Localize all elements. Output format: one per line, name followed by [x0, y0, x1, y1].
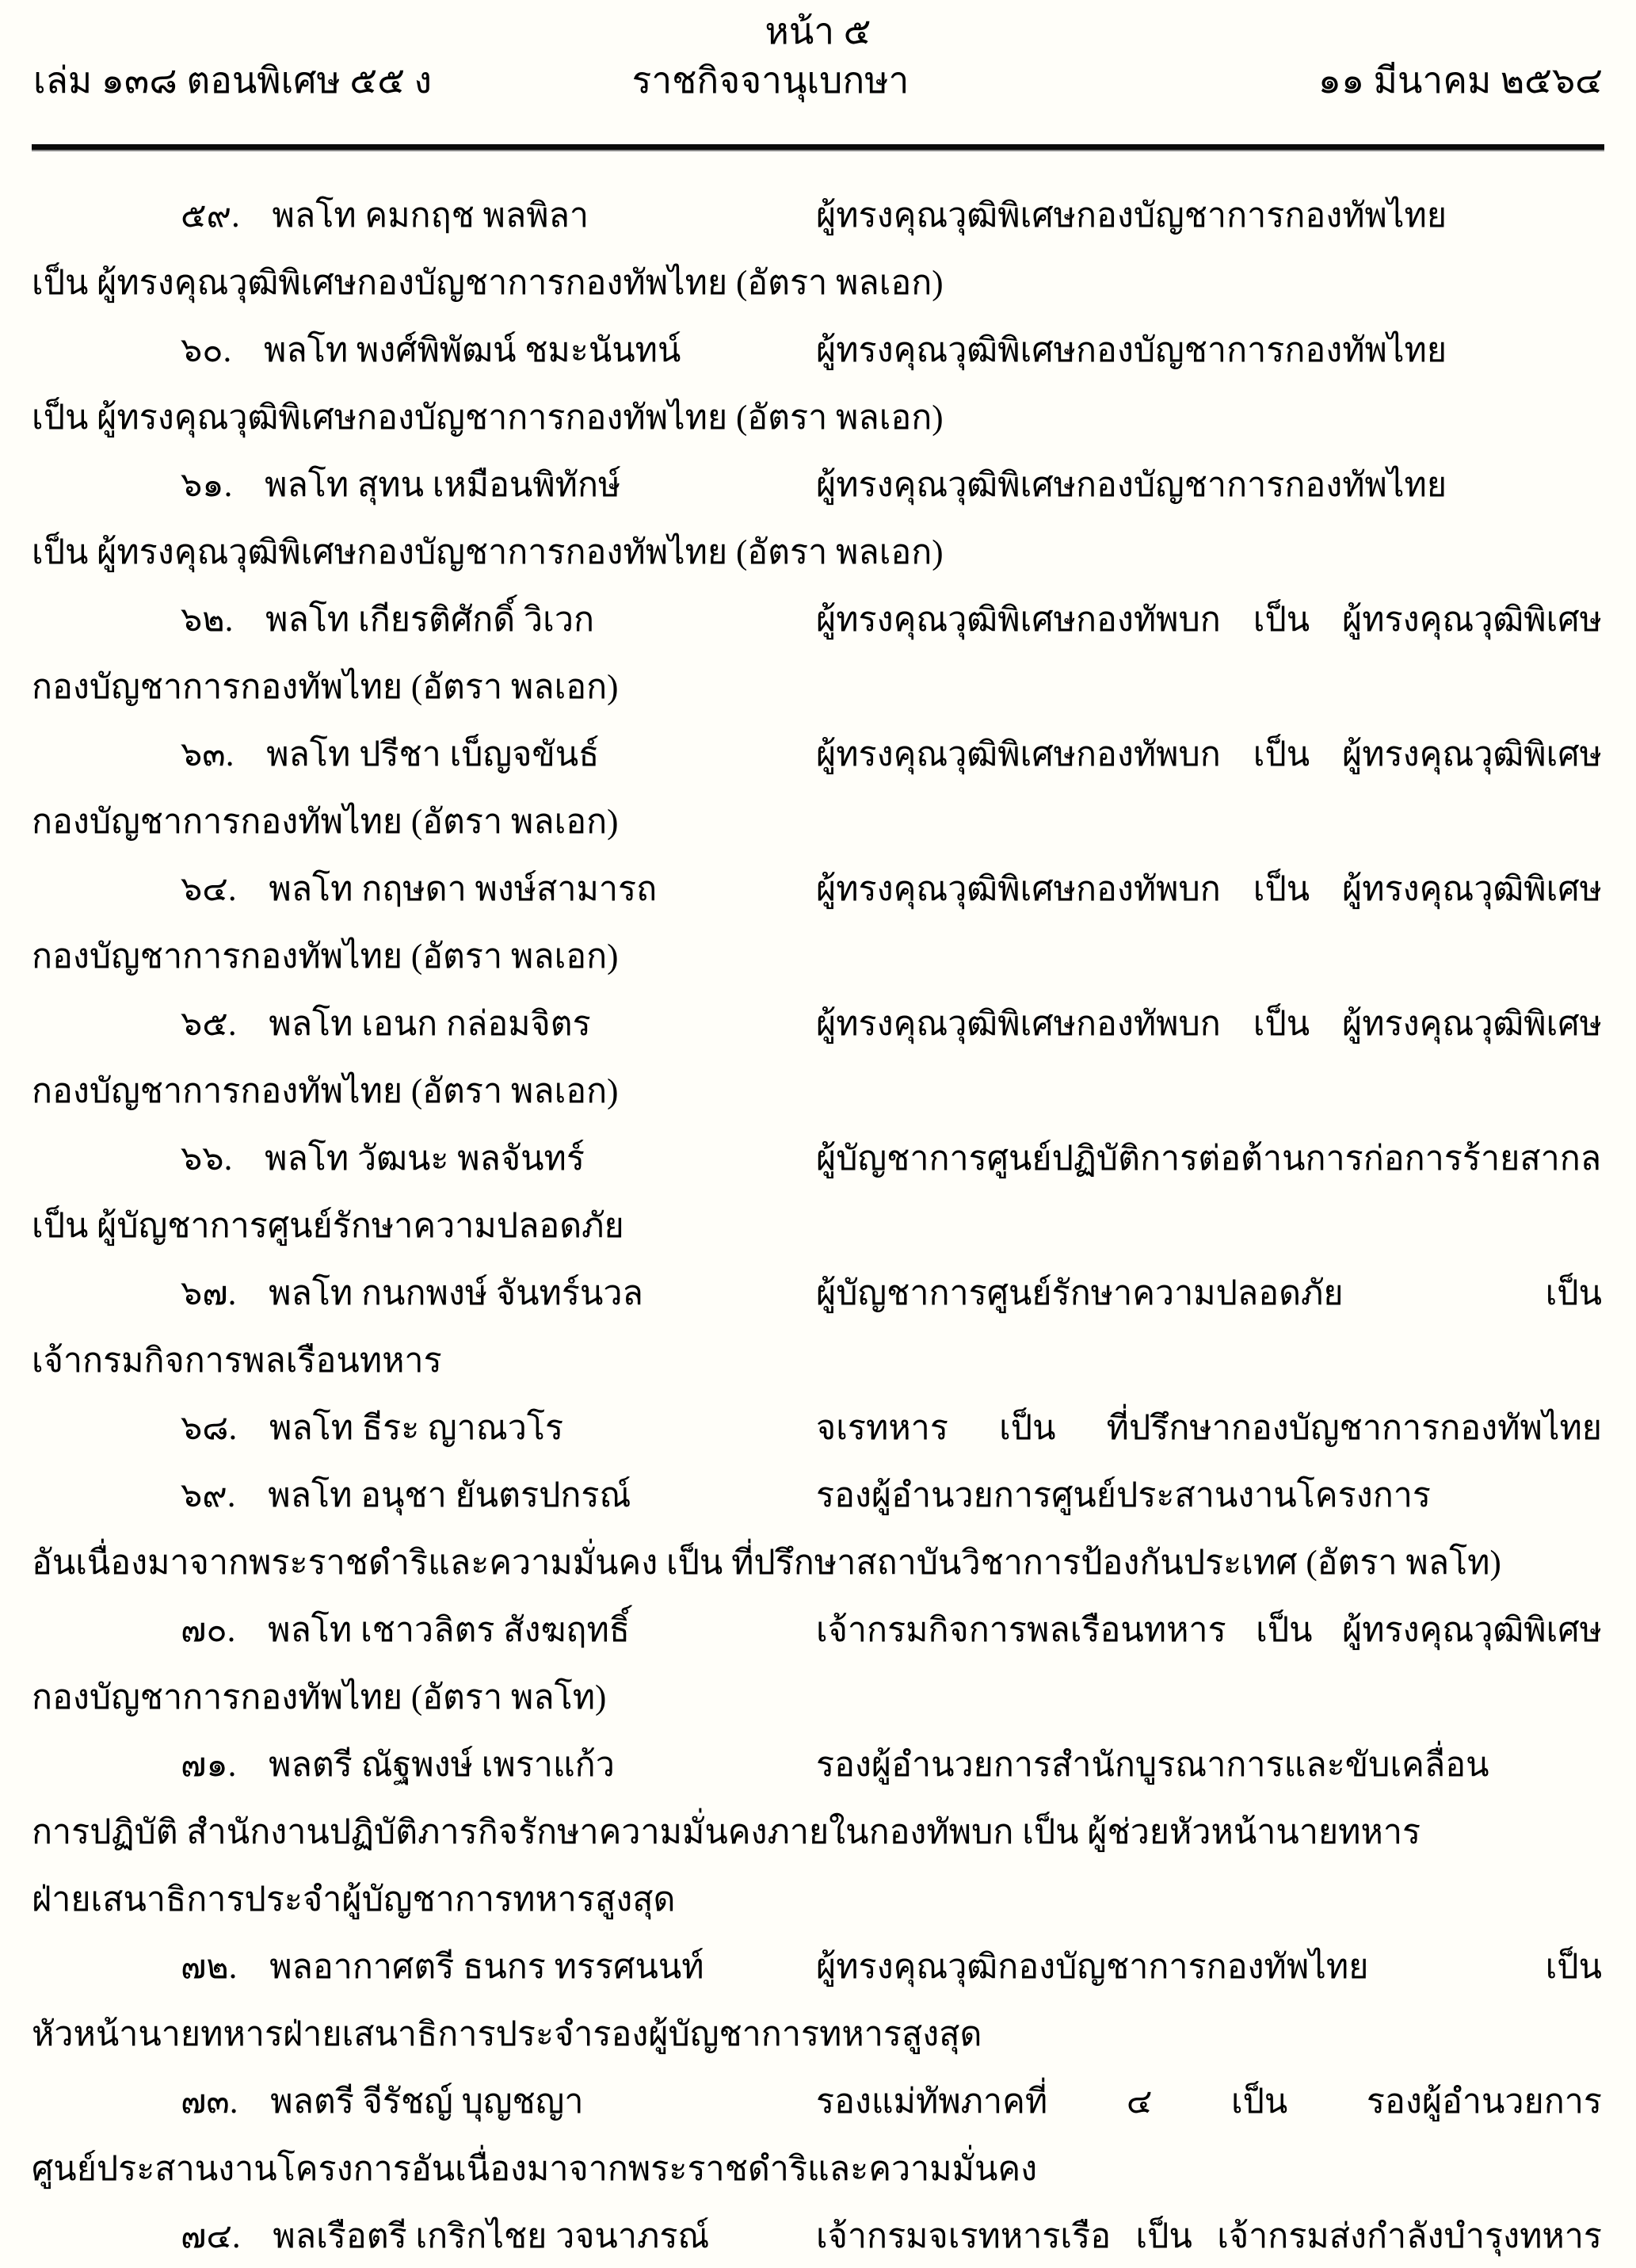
position-text: ผู้ทรงคุณวุฒิกองบัญชาการกองทัพไทย เป็น: [816, 1934, 1602, 2001]
entry-number: ๗๐.: [181, 1597, 235, 1664]
entry-continuation-line: เป็น ผู้ทรงคุณวุฒิพิเศษกองบัญชาการกองทัพ…: [0, 519, 1636, 586]
entry-number: ๖๖.: [181, 1125, 232, 1193]
entry-continuation-line: เจ้ากรมกิจการพลเรือนทหาร: [0, 1327, 1636, 1395]
entry-first-line: ๗๔. พลเรือตรี เกริกไชย วจนาภรณ์ เจ้ากรมจ…: [0, 2203, 1636, 2268]
appointment-entry: ๗๒. พลอากาศตรี ธนกร ทรรศนนท์ ผู้ทรงคุณวุ…: [0, 1934, 1636, 2068]
entry-first-line: ๖๔. พลโท กฤษดา พงษ์สามารถ ผู้ทรงคุณวุฒิพ…: [0, 856, 1636, 923]
entry-number: ๖๗.: [181, 1260, 236, 1327]
position-text: ผู้ทรงคุณวุฒิพิเศษกองบัญชาการกองทัพไทย: [816, 452, 1602, 519]
officer-name: พลโท กนกพงษ์ จันทร์นวล: [269, 1260, 643, 1327]
position-text: ผู้ทรงคุณวุฒิพิเศษกองทัพบก เป็น ผู้ทรงคุ…: [816, 991, 1602, 1058]
entry-number: ๖๐.: [181, 317, 231, 384]
appointment-entry: ๖๔. พลโท กฤษดา พงษ์สามารถ ผู้ทรงคุณวุฒิพ…: [0, 856, 1636, 991]
gazette-title: ราชกิจจานุเบกษา: [33, 57, 1508, 105]
entry-continuation-line: กองบัญชาการกองทัพไทย (อัตรา พลเอก): [0, 654, 1636, 721]
position-text: ผู้ทรงคุณวุฒิพิเศษกองบัญชาการกองทัพไทย: [816, 182, 1602, 250]
position-text: ผู้บัญชาการศูนย์ปฏิบัติการต่อต้านการก่อก…: [816, 1125, 1602, 1193]
entry-first-line: ๗๓. พลตรี จีรัชญ์ บุญชญา รองแม่ทัพภาคที่…: [0, 2068, 1636, 2136]
entry-number: ๖๕.: [181, 991, 237, 1058]
publication-date: ๑๑ มีนาคม ๒๕๖๔: [1318, 57, 1603, 105]
entry-number: ๕๙.: [181, 182, 240, 250]
entry-number: ๗๑.: [181, 1732, 236, 1799]
officer-name: พลโท เอนก กล่อมจิตร: [269, 991, 590, 1058]
position-text: รองผู้อำนวยการศูนย์ประสานงานโครงการ: [816, 1462, 1602, 1529]
position-text: ผู้บัญชาการศูนย์รักษาความปลอดภัย เป็น: [816, 1260, 1602, 1327]
entry-first-line: ๖๘. พลโท ธีระ ญาณวโร จเรทหาร เป็น ที่ปรึ…: [0, 1395, 1636, 1462]
appointment-entry: ๕๙. พลโท คมกฤช พลพิลา ผู้ทรงคุณวุฒิพิเศษ…: [0, 182, 1636, 317]
appointment-entry: ๖๓. พลโท ปรีชา เบ็ญจขันธ์ ผู้ทรงคุณวุฒิพ…: [0, 721, 1636, 856]
position-text: ผู้ทรงคุณวุฒิพิเศษกองทัพบก เป็น ผู้ทรงคุ…: [816, 856, 1602, 923]
officer-name: พลโท วัฒนะ พลจันทร์: [265, 1125, 585, 1193]
entry-first-line: ๗๒. พลอากาศตรี ธนกร ทรรศนนท์ ผู้ทรงคุณวุ…: [0, 1934, 1636, 2001]
entry-number: ๖๘.: [181, 1395, 237, 1462]
entry-first-line: ๖๙. พลโท อนุชา ยันตรปกรณ์ รองผู้อำนวยการ…: [0, 1462, 1636, 1529]
appointment-entry: ๗๓. พลตรี จีรัชญ์ บุญชญา รองแม่ทัพภาคที่…: [0, 2068, 1636, 2203]
entry-first-line: ๗๑. พลตรี ณัฐพงษ์ เพราแก้ว รองผู้อำนวยกา…: [0, 1732, 1636, 1799]
entry-number: ๗๔.: [181, 2203, 241, 2268]
appointment-entry: ๖๕. พลโท เอนก กล่อมจิตร ผู้ทรงคุณวุฒิพิเ…: [0, 991, 1636, 1125]
position-text: ผู้ทรงคุณวุฒิพิเศษกองบัญชาการกองทัพไทย: [816, 317, 1602, 384]
position-text: จเรทหาร เป็น ที่ปรึกษากองบัญชาการกองทัพไ…: [816, 1395, 1602, 1462]
officer-name: พลเรือตรี เกริกไชย วจนาภรณ์: [273, 2203, 709, 2268]
appointment-entry: ๗๑. พลตรี ณัฐพงษ์ เพราแก้ว รองผู้อำนวยกา…: [0, 1732, 1636, 1934]
entry-number: ๖๔.: [181, 856, 237, 923]
entry-first-line: ๖๗. พลโท กนกพงษ์ จันทร์นวล ผู้บัญชาการศู…: [0, 1260, 1636, 1327]
officer-name: พลโท เกียรติศักดิ์ วิเวก: [265, 586, 594, 654]
entry-first-line: ๖๓. พลโท ปรีชา เบ็ญจขันธ์ ผู้ทรงคุณวุฒิพ…: [0, 721, 1636, 788]
entry-number: ๖๙.: [181, 1462, 236, 1529]
entry-first-line: ๖๖. พลโท วัฒนะ พลจันทร์ ผู้บัญชาการศูนย์…: [0, 1125, 1636, 1193]
entry-continuation-line: กองบัญชาการกองทัพไทย (อัตรา พลเอก): [0, 1058, 1636, 1125]
entry-first-line: ๖๑. พลโท สุทน เหมือนพิทักษ์ ผู้ทรงคุณวุฒ…: [0, 452, 1636, 519]
officer-name: พลโท พงศ์พิพัฒน์ ชมะนันทน์: [264, 317, 681, 384]
officer-name: พลโท อนุชา ยันตรปกรณ์: [268, 1462, 631, 1529]
appointment-entry: ๖๖. พลโท วัฒนะ พลจันทร์ ผู้บัญชาการศูนย์…: [0, 1125, 1636, 1260]
entry-first-line: ๖๒. พลโท เกียรติศักดิ์ วิเวก ผู้ทรงคุณวุ…: [0, 586, 1636, 654]
entry-continuation-line: เป็น ผู้ทรงคุณวุฒิพิเศษกองบัญชาการกองทัพ…: [0, 384, 1636, 452]
entry-first-line: ๕๙. พลโท คมกฤช พลพิลา ผู้ทรงคุณวุฒิพิเศษ…: [0, 182, 1636, 250]
officer-name: พลตรี ณัฐพงษ์ เพราแก้ว: [269, 1732, 615, 1799]
entry-first-line: ๖๐. พลโท พงศ์พิพัฒน์ ชมะนันทน์ ผู้ทรงคุณ…: [0, 317, 1636, 384]
position-text: ผู้ทรงคุณวุฒิพิเศษกองทัพบก เป็น ผู้ทรงคุ…: [816, 586, 1602, 654]
entry-continuation-line: กองบัญชาการกองทัพไทย (อัตรา พลเอก): [0, 788, 1636, 856]
gazette-page: หน้า ๕ เล่ม ๑๓๘ ตอนพิเศษ ๕๕ ง ราชกิจจานุ…: [0, 0, 1636, 2268]
entry-continuation-line: เป็น ผู้ทรงคุณวุฒิพิเศษกองบัญชาการกองทัพ…: [0, 250, 1636, 317]
position-text: ผู้ทรงคุณวุฒิพิเศษกองทัพบก เป็น ผู้ทรงคุ…: [816, 721, 1602, 788]
appointment-entry: ๗๐. พลโท เชาวลิตร สังฆฤทธิ์ เจ้ากรมกิจกา…: [0, 1597, 1636, 1732]
officer-name: พลโท ปรีชา เบ็ญจขันธ์: [266, 721, 599, 788]
page-number-label: หน้า ๕: [0, 8, 1636, 55]
position-text: เจ้ากรมกิจการพลเรือนทหาร เป็น ผู้ทรงคุณว…: [816, 1597, 1602, 1664]
entry-continuation-line: กองบัญชาการกองทัพไทย (อัตรา พลเอก): [0, 923, 1636, 991]
appointment-entry: ๗๔. พลเรือตรี เกริกไชย วจนาภรณ์ เจ้ากรมจ…: [0, 2203, 1636, 2268]
position-text: รองผู้อำนวยการสำนักบูรณาการและขับเคลื่อน: [816, 1732, 1602, 1799]
entry-first-line: ๗๐. พลโท เชาวลิตร สังฆฤทธิ์ เจ้ากรมกิจกา…: [0, 1597, 1636, 1664]
entry-continuation-line: ศูนย์ประสานงานโครงการอันเนื่องมาจากพระรา…: [0, 2136, 1636, 2203]
entry-continuation-line: การปฏิบัติ สำนักงานปฏิบัติภารกิจรักษาควา…: [0, 1799, 1636, 1866]
officer-name: พลตรี จีรัชญ์ บุญชญา: [270, 2068, 583, 2136]
header-divider-rule: [32, 144, 1604, 151]
entry-first-line: ๖๕. พลโท เอนก กล่อมจิตร ผู้ทรงคุณวุฒิพิเ…: [0, 991, 1636, 1058]
entries: ๕๙. พลโท คมกฤช พลพิลา ผู้ทรงคุณวุฒิพิเศษ…: [0, 182, 1636, 2268]
entry-continuation-line: หัวหน้านายทหารฝ่ายเสนาธิการประจำรองผู้บั…: [0, 2001, 1636, 2068]
appointment-entry: ๖๘. พลโท ธีระ ญาณวโร จเรทหาร เป็น ที่ปรึ…: [0, 1395, 1636, 1462]
appointment-entry: ๖๗. พลโท กนกพงษ์ จันทร์นวล ผู้บัญชาการศู…: [0, 1260, 1636, 1395]
officer-name: พลโท คมกฤช พลพิลา: [273, 182, 589, 250]
officer-name: พลโท สุทน เหมือนพิทักษ์: [265, 452, 620, 519]
entry-number: ๖๒.: [181, 586, 233, 654]
entry-continuation-line: เป็น ผู้บัญชาการศูนย์รักษาความปลอดภัย: [0, 1193, 1636, 1260]
entry-number: ๖๑.: [181, 452, 232, 519]
entry-number: ๗๓.: [181, 2068, 238, 2136]
entry-number: ๗๒.: [181, 1934, 237, 2001]
appointment-entry: ๖๑. พลโท สุทน เหมือนพิทักษ์ ผู้ทรงคุณวุฒ…: [0, 452, 1636, 586]
header-meta-row: เล่ม ๑๓๘ ตอนพิเศษ ๕๕ ง ราชกิจจานุเบกษา ๑…: [33, 57, 1603, 105]
appointment-entry: ๖๒. พลโท เกียรติศักดิ์ วิเวก ผู้ทรงคุณวุ…: [0, 586, 1636, 721]
appointment-entry: ๖๙. พลโท อนุชา ยันตรปกรณ์ รองผู้อำนวยการ…: [0, 1462, 1636, 1597]
appointment-entry: ๖๐. พลโท พงศ์พิพัฒน์ ชมะนันทน์ ผู้ทรงคุณ…: [0, 317, 1636, 452]
entry-continuation-line: ฝ่ายเสนาธิการประจำผู้บัญชาการทหารสูงสุด: [0, 1866, 1636, 1934]
entry-continuation-line: กองบัญชาการกองทัพไทย (อัตรา พลโท): [0, 1664, 1636, 1732]
officer-name: พลโท ธีระ ญาณวโร: [269, 1395, 563, 1462]
position-text: เจ้ากรมจเรทหารเรือ เป็น เจ้ากรมส่งกำลังบ…: [816, 2203, 1602, 2268]
officer-name: พลโท กฤษดา พงษ์สามารถ: [269, 856, 657, 923]
officer-name: พลอากาศตรี ธนกร ทรรศนนท์: [269, 1934, 704, 2001]
position-text: รองแม่ทัพภาคที่ ๔ เป็น รองผู้อำนวยการ: [816, 2068, 1602, 2136]
entry-number: ๖๓.: [181, 721, 234, 788]
officer-name: พลโท เชาวลิตร สังฆฤทธิ์: [268, 1597, 630, 1664]
entry-continuation-line: อันเนื่องมาจากพระราชดำริและความมั่นคง เป…: [0, 1529, 1636, 1597]
